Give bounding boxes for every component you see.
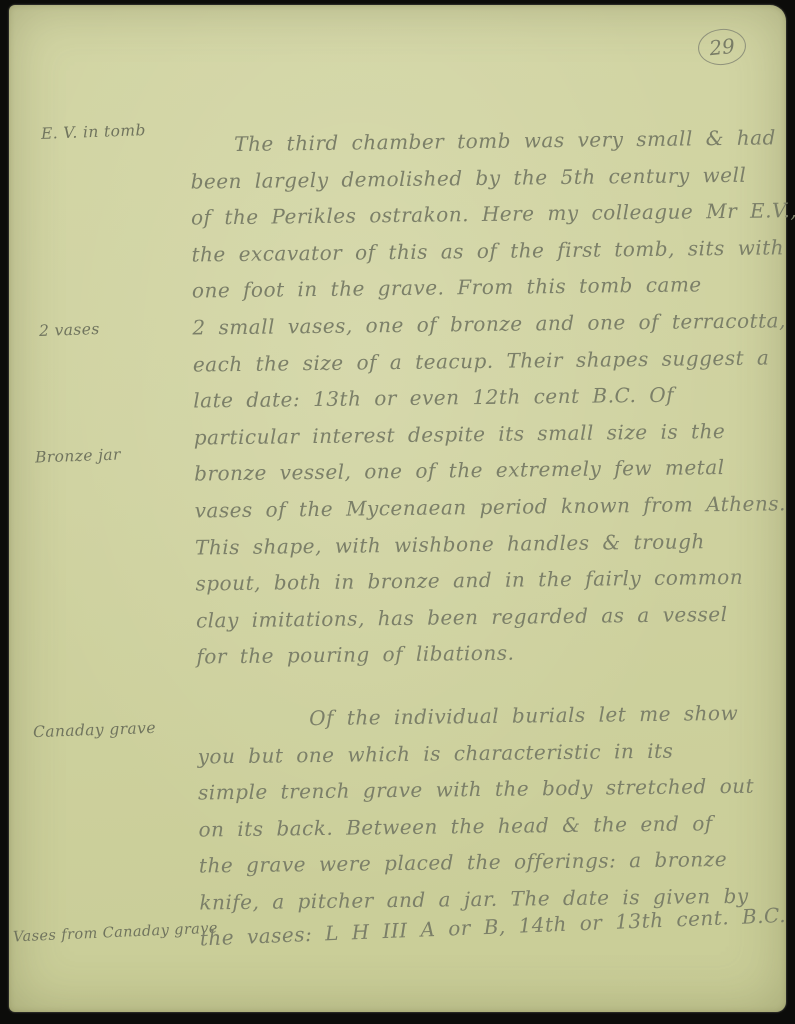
page-number-circle: 29 xyxy=(696,27,748,68)
text-line: vases of the Mycenaean period known from… xyxy=(194,485,767,529)
margin-note-ev-in-tomb: E. V. in tomb xyxy=(41,121,146,143)
text-line: clay imitations, has been regarded as a … xyxy=(196,595,769,639)
text-line: Of the individual burials let me show xyxy=(197,694,770,738)
text-line: each the size of a teacup. Their shapes … xyxy=(193,339,766,383)
text-line: for the pouring of libations. xyxy=(196,632,769,676)
margin-note-bronze-jar: Bronze jar xyxy=(35,446,121,467)
margin-note-canaday-grave: Canaday grave xyxy=(33,719,156,741)
page-number: 29 xyxy=(708,34,736,61)
text-line: 2 small vases, one of bronze and one of … xyxy=(192,302,765,346)
margin-note-2-vases: 2 vases xyxy=(39,320,100,340)
margin-note-vases-from-canaday-grave: Vases from Canaday grave xyxy=(13,921,218,946)
photo-background: 29 E. V. in tomb 2 vases Bronze jar Cana… xyxy=(0,0,795,1024)
handwritten-text-body: The third chamber tomb was very small & … xyxy=(190,120,773,958)
manuscript-page: 29 E. V. in tomb 2 vases Bronze jar Cana… xyxy=(9,5,786,1012)
